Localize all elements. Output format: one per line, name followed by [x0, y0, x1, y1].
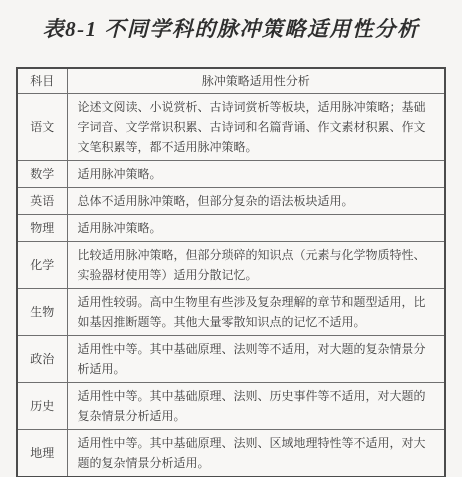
table-row: 语文 论述文阅读、小说赏析、古诗词赏析等板块，适用脉冲策略；基础字词音、文学常识… [17, 94, 445, 161]
subject-cell: 语文 [17, 94, 67, 161]
col-header-analysis: 脉冲策略适用性分析 [67, 68, 445, 94]
subject-cell: 生物 [17, 289, 67, 336]
table-row: 地理 适用性中等。其中基础原理、法则、区域地理特性等不适用，对大题的复杂情景分析… [17, 430, 445, 477]
table-row: 化学 比较适用脉冲策略，但部分琐碎的知识点（元素与化学物质特性、实验器材使用等）… [17, 242, 445, 289]
table-row: 政治 适用性中等。其中基础原理、法则等不适用，对大题的复杂情景分析适用。 [17, 336, 445, 383]
subject-cell: 地理 [17, 430, 67, 477]
subject-cell: 历史 [17, 383, 67, 430]
table-row: 数学 适用脉冲策略。 [17, 161, 445, 188]
subject-cell: 英语 [17, 188, 67, 215]
table-row: 英语 总体不适用脉冲策略，但部分复杂的语法板块适用。 [17, 188, 445, 215]
subject-pulse-strategy-table: 科目 脉冲策略适用性分析 语文 论述文阅读、小说赏析、古诗词赏析等板块，适用脉冲… [16, 67, 446, 477]
analysis-cell: 适用性较弱。高中生物里有些涉及复杂理解的章节和题型适用，比如基因推断题等。其他大… [67, 289, 445, 336]
table-row: 物理 适用脉冲策略。 [17, 215, 445, 242]
subject-cell: 政治 [17, 336, 67, 383]
subject-cell: 化学 [17, 242, 67, 289]
table-row: 生物 适用性较弱。高中生物里有些涉及复杂理解的章节和题型适用，比如基因推断题等。… [17, 289, 445, 336]
table-header-row: 科目 脉冲策略适用性分析 [17, 68, 445, 94]
subject-cell: 数学 [17, 161, 67, 188]
analysis-cell: 适用性中等。其中基础原理、法则、区域地理特性等不适用，对大题的复杂情景分析适用。 [67, 430, 445, 477]
analysis-cell: 论述文阅读、小说赏析、古诗词赏析等板块，适用脉冲策略；基础字词音、文学常识积累、… [67, 94, 445, 161]
analysis-cell: 总体不适用脉冲策略，但部分复杂的语法板块适用。 [67, 188, 445, 215]
table-row: 历史 适用性中等。其中基础原理、法则、历史事件等不适用，对大题的复杂情景分析适用… [17, 383, 445, 430]
analysis-cell: 适用性中等。其中基础原理、法则等不适用，对大题的复杂情景分析适用。 [67, 336, 445, 383]
analysis-cell: 比较适用脉冲策略，但部分琐碎的知识点（元素与化学物质特性、实验器材使用等）适用分… [67, 242, 445, 289]
col-header-subject: 科目 [17, 68, 67, 94]
analysis-cell: 适用脉冲策略。 [67, 215, 445, 242]
analysis-cell: 适用性中等。其中基础原理、法则、历史事件等不适用，对大题的复杂情景分析适用。 [67, 383, 445, 430]
page-title: 表8-1 不同学科的脉冲策略适用性分析 [0, 0, 462, 43]
subject-cell: 物理 [17, 215, 67, 242]
analysis-cell: 适用脉冲策略。 [67, 161, 445, 188]
